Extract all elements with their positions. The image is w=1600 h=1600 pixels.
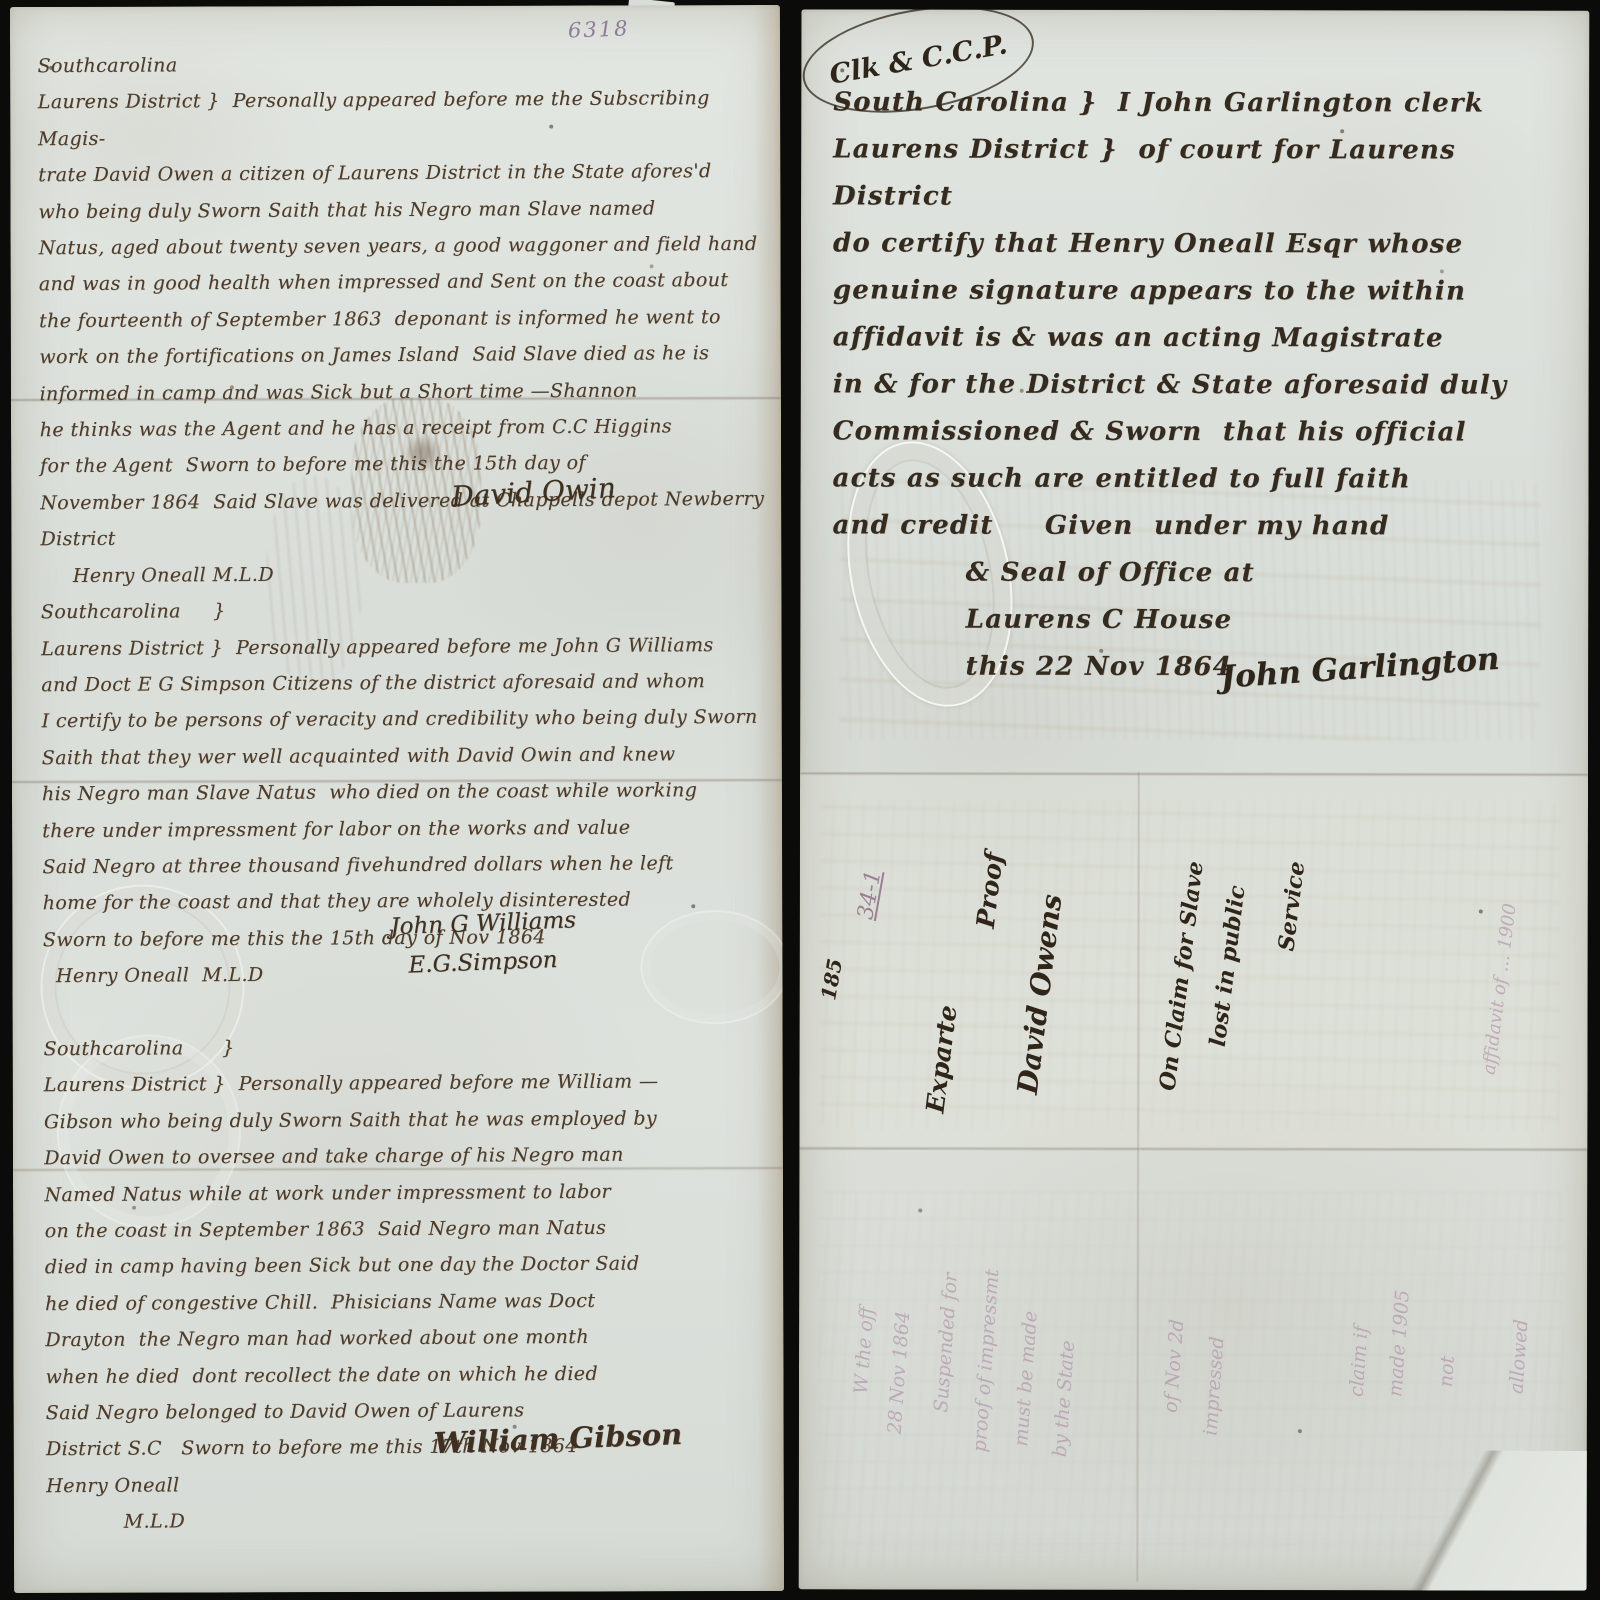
handwritten-line: acts as such are entitled to full faith [833,455,1563,503]
handwritten-line: he thinks was the Agent and he has a rec… [40,408,766,449]
handwritten-line: Henry Oneall [46,1464,772,1505]
handwritten-line: Henry Oneall M.L.D [41,553,767,594]
handwritten-line: Said Negro at three thousand fivehundred… [42,845,768,886]
handwritten-line: I certify to be persons of veracity and … [41,699,767,740]
handwritten-line: District [40,517,766,558]
handwritten-line: Commissioned & Sworn that his official [833,408,1563,456]
certification-handwritten-text: South Carolina } I John Garlington clerk… [832,79,1563,691]
handwritten-line: Southcarolina } [43,1027,769,1068]
handwritten-line: the fourteenth of September 1863 deponan… [39,299,765,340]
handwritten-line: Named Natus while at work under impressm… [44,1172,770,1213]
clerk-title-text: Clk & C.C.P. [827,29,1009,90]
handwritten-line: on the coast in September 1863 Said Negr… [45,1209,771,1250]
handwritten-line: M.L.D [46,1500,772,1541]
handwritten-line: genuine signature appears to the within [833,267,1563,315]
handwritten-line: do certify that Henry Oneall Esqr whose [833,220,1563,268]
handwritten-line: Gibson who being duly Sworn Saith that h… [44,1100,770,1141]
handwritten-line: and Doct E G Simpson Citizens of the dis… [41,663,767,704]
handwritten-line: Southcarolina [37,44,763,85]
handwritten-line: informed in camp and was Sick but a Shor… [39,371,765,412]
handwritten-line: in & for the District & State aforesaid … [833,361,1563,409]
handwritten-line: who being duly Sworn Saith that his Negr… [38,189,764,230]
handwritten-line: Natus, aged about twenty seven years, a … [39,226,765,267]
handwritten-line: work on the fortifications on James Isla… [39,335,765,376]
handwritten-line: affidavit is & was an acting Magistrate [833,314,1563,362]
handwritten-line: Laurens District } Personally appeared b… [41,626,767,667]
handwritten-line: Henry Oneall M.L.D [43,954,769,995]
handwritten-line: Laurens District } Personally appeared b… [38,80,764,157]
archival-number: 6318 [568,16,630,42]
handwritten-line: Laurens C House [832,596,1562,644]
handwritten-line: there under impressment for labor on the… [42,808,768,849]
handwritten-line: and was in good health when impressed an… [39,262,765,303]
handwritten-line: and credit Given under my hand [832,502,1562,550]
handwritten-line: for the Agent Sworn to before me this th… [40,444,766,485]
handwritten-line: Drayton the Negro man had worked about o… [45,1318,771,1359]
right-document-page: South Carolina } I John Garlington clerk… [799,9,1590,1590]
handwritten-line: & Seal of Office at [832,549,1562,597]
handwritten-line: Saith that they wer well acquainted with… [42,735,768,776]
handwritten-line: his Negro man Slave Natus who died on th… [42,772,768,813]
paper-specks [801,9,803,11]
handwritten-line: trate David Owen a citizen of Laurens Di… [38,153,764,194]
folded-corner [1327,1450,1587,1590]
handwritten-line: died in camp having been Sick but one da… [45,1245,771,1286]
handwritten-line [43,990,769,1031]
scanned-document-photo: 6318 SouthcarolinaLaurens District } Per… [0,0,1600,1600]
signature-e-g-simpson: E.G.Simpson [408,947,558,979]
paper-specks [10,7,12,9]
handwritten-line: Laurens District } Personally appeared b… [44,1063,770,1104]
handwritten-line: when he died dont recollect the date on … [45,1354,771,1395]
handwritten-line: Laurens District } of court for Laurens … [833,126,1563,221]
left-document-page: 6318 SouthcarolinaLaurens District } Per… [10,5,784,1593]
handwritten-line: David Owen to oversee and take charge of… [44,1136,770,1177]
handwritten-line: November 1864 Said Slave was delivered a… [40,481,766,522]
handwritten-line: Southcarolina } [41,590,767,631]
affidavit-handwritten-text: SouthcarolinaLaurens District } Personal… [37,44,772,1541]
handwritten-line: he died of congestive Chill. Phisicians … [45,1282,771,1323]
